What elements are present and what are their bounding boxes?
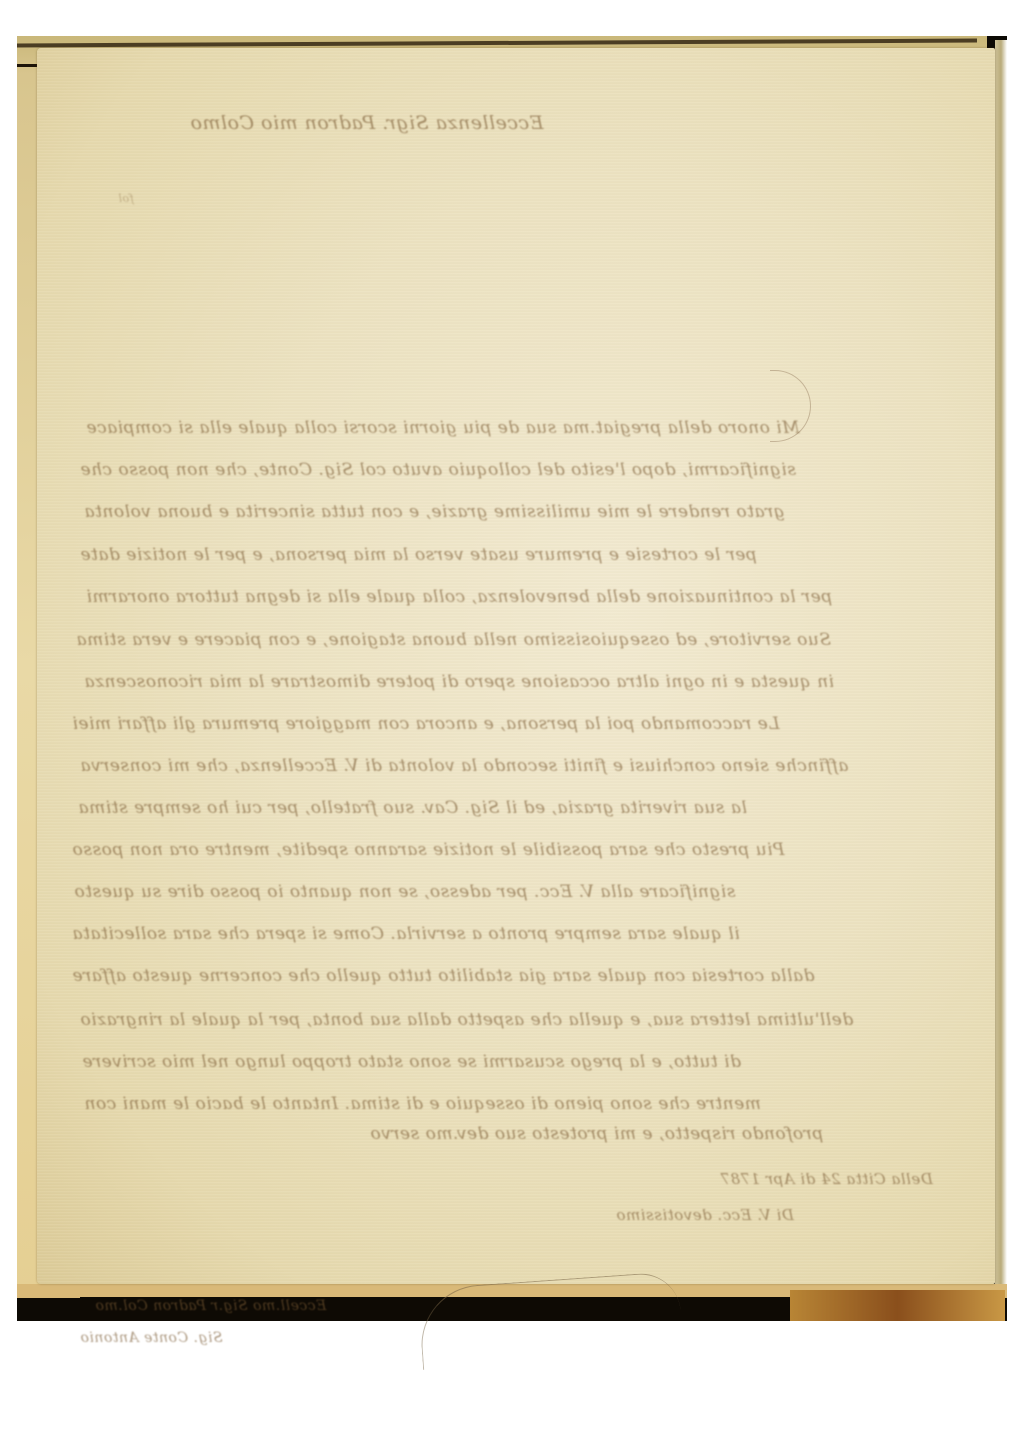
addressee-line: Eccell.mo Sig.r Padron Col.mo <box>95 1298 326 1314</box>
body-line: profondo rispetto, e mi protesto suo dev… <box>370 1124 823 1144</box>
body-line: mentre che sono pieno di ossequio e di s… <box>84 1094 761 1114</box>
mount-edge-line-left <box>17 64 37 67</box>
dateline: Della Citta 24 di Apr 1787 <box>720 1170 933 1188</box>
body-line: grato rendere le mie umilissime grazie, … <box>84 502 785 522</box>
scan-table-edge <box>790 1290 1005 1321</box>
body-line: significarmi, dopo l'esito del colloquio… <box>80 460 796 480</box>
body-line: per le cortesie e premure usate verso la… <box>80 545 757 565</box>
addressee-line: Sig. Conte Antonio <box>80 1330 223 1346</box>
body-line: per la continuazione della benevolenza, … <box>86 587 832 607</box>
page-edge-right <box>995 40 1007 1290</box>
body-line: dell'ultima lettera sua, e quella che as… <box>80 1010 853 1030</box>
body-line: in questa e in ogni altra occasione sper… <box>84 672 834 692</box>
body-line: di tutto, e la prego scusarmi se sono st… <box>82 1052 741 1072</box>
signature: Di V. Ecc. devotissimo <box>616 1206 794 1224</box>
body-line: dalla cortesia con quale sara gia stabil… <box>72 966 815 986</box>
body-line: significare alla V. Ecc. per adesso, se … <box>74 882 735 902</box>
folio-mark: fol <box>118 192 134 205</box>
body-line: Le raccomando poi la persona, e ancora c… <box>72 714 780 734</box>
letter-heading: Eccellenza Sigr. Padron mio Colmo <box>190 112 544 134</box>
body-line: la sua riverita grazia, ed il Sig. Cav. … <box>78 798 747 818</box>
body-line: il quale sara sempre pronto a servirla. … <box>72 924 740 944</box>
body-line: affinche sieno conchiusi e finiti second… <box>80 756 848 776</box>
body-line: Suo servitore, ed ossequiosissimo nella … <box>76 630 831 650</box>
body-line: Mi onoro della pregiat.ma sua de piu gio… <box>86 418 800 438</box>
body-line: Piu presto che sara possibile le notizie… <box>72 840 785 860</box>
